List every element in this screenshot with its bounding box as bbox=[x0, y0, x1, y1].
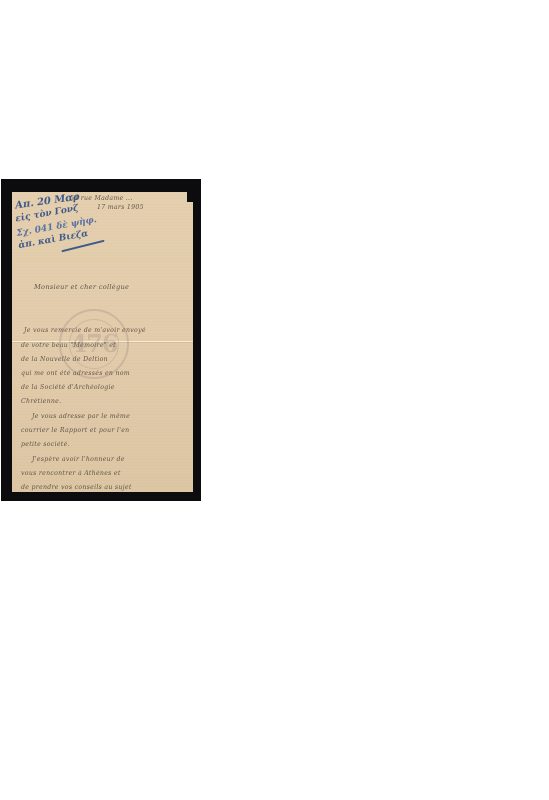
letter-body-line: Je vous remercie de m'avoir envoyé bbox=[24, 327, 146, 334]
letter-body-line: courrier le Rapport et pour l'en bbox=[21, 427, 129, 434]
letter-paper: 476 Απ. 20 Μαρ εἰς τὸν Γονζ Σχ. 041 δὲ ψ… bbox=[12, 192, 193, 492]
letter-date: 17 mars 1905 bbox=[97, 204, 144, 211]
letter-body-line: Chrétienne. bbox=[21, 398, 61, 405]
letter-body-line: Je vous adresse par le même bbox=[32, 413, 130, 420]
page: 476 Απ. 20 Μαρ εἰς τὸν Γονζ Σχ. 041 δὲ ψ… bbox=[0, 0, 549, 800]
letter-body-line: de la Société d'Archéologie bbox=[21, 384, 115, 391]
paper-corner-tear bbox=[187, 192, 193, 202]
letter-body-line: qui me ont été adressés en nom bbox=[21, 370, 130, 377]
letter-body-line: de votre beau "Mémoire" et bbox=[21, 342, 116, 349]
letter-body-line: de la Nouvelle de Deltion bbox=[21, 356, 108, 363]
letter-greeting: Monsieur et cher collègue bbox=[34, 283, 129, 291]
letter-body-line: vous rencontrer à Athènes et bbox=[21, 470, 121, 477]
letter-body-line: de prendre vos conseils au sujet bbox=[21, 484, 132, 491]
letter-address: 54 rue Madame ... bbox=[70, 195, 133, 202]
letter-body-line: J'espère avoir l'honneur de bbox=[32, 456, 125, 463]
letter-body-line: petite société. bbox=[21, 441, 70, 448]
scan-background: 476 Απ. 20 Μαρ εἰς τὸν Γονζ Σχ. 041 δὲ ψ… bbox=[1, 179, 201, 501]
